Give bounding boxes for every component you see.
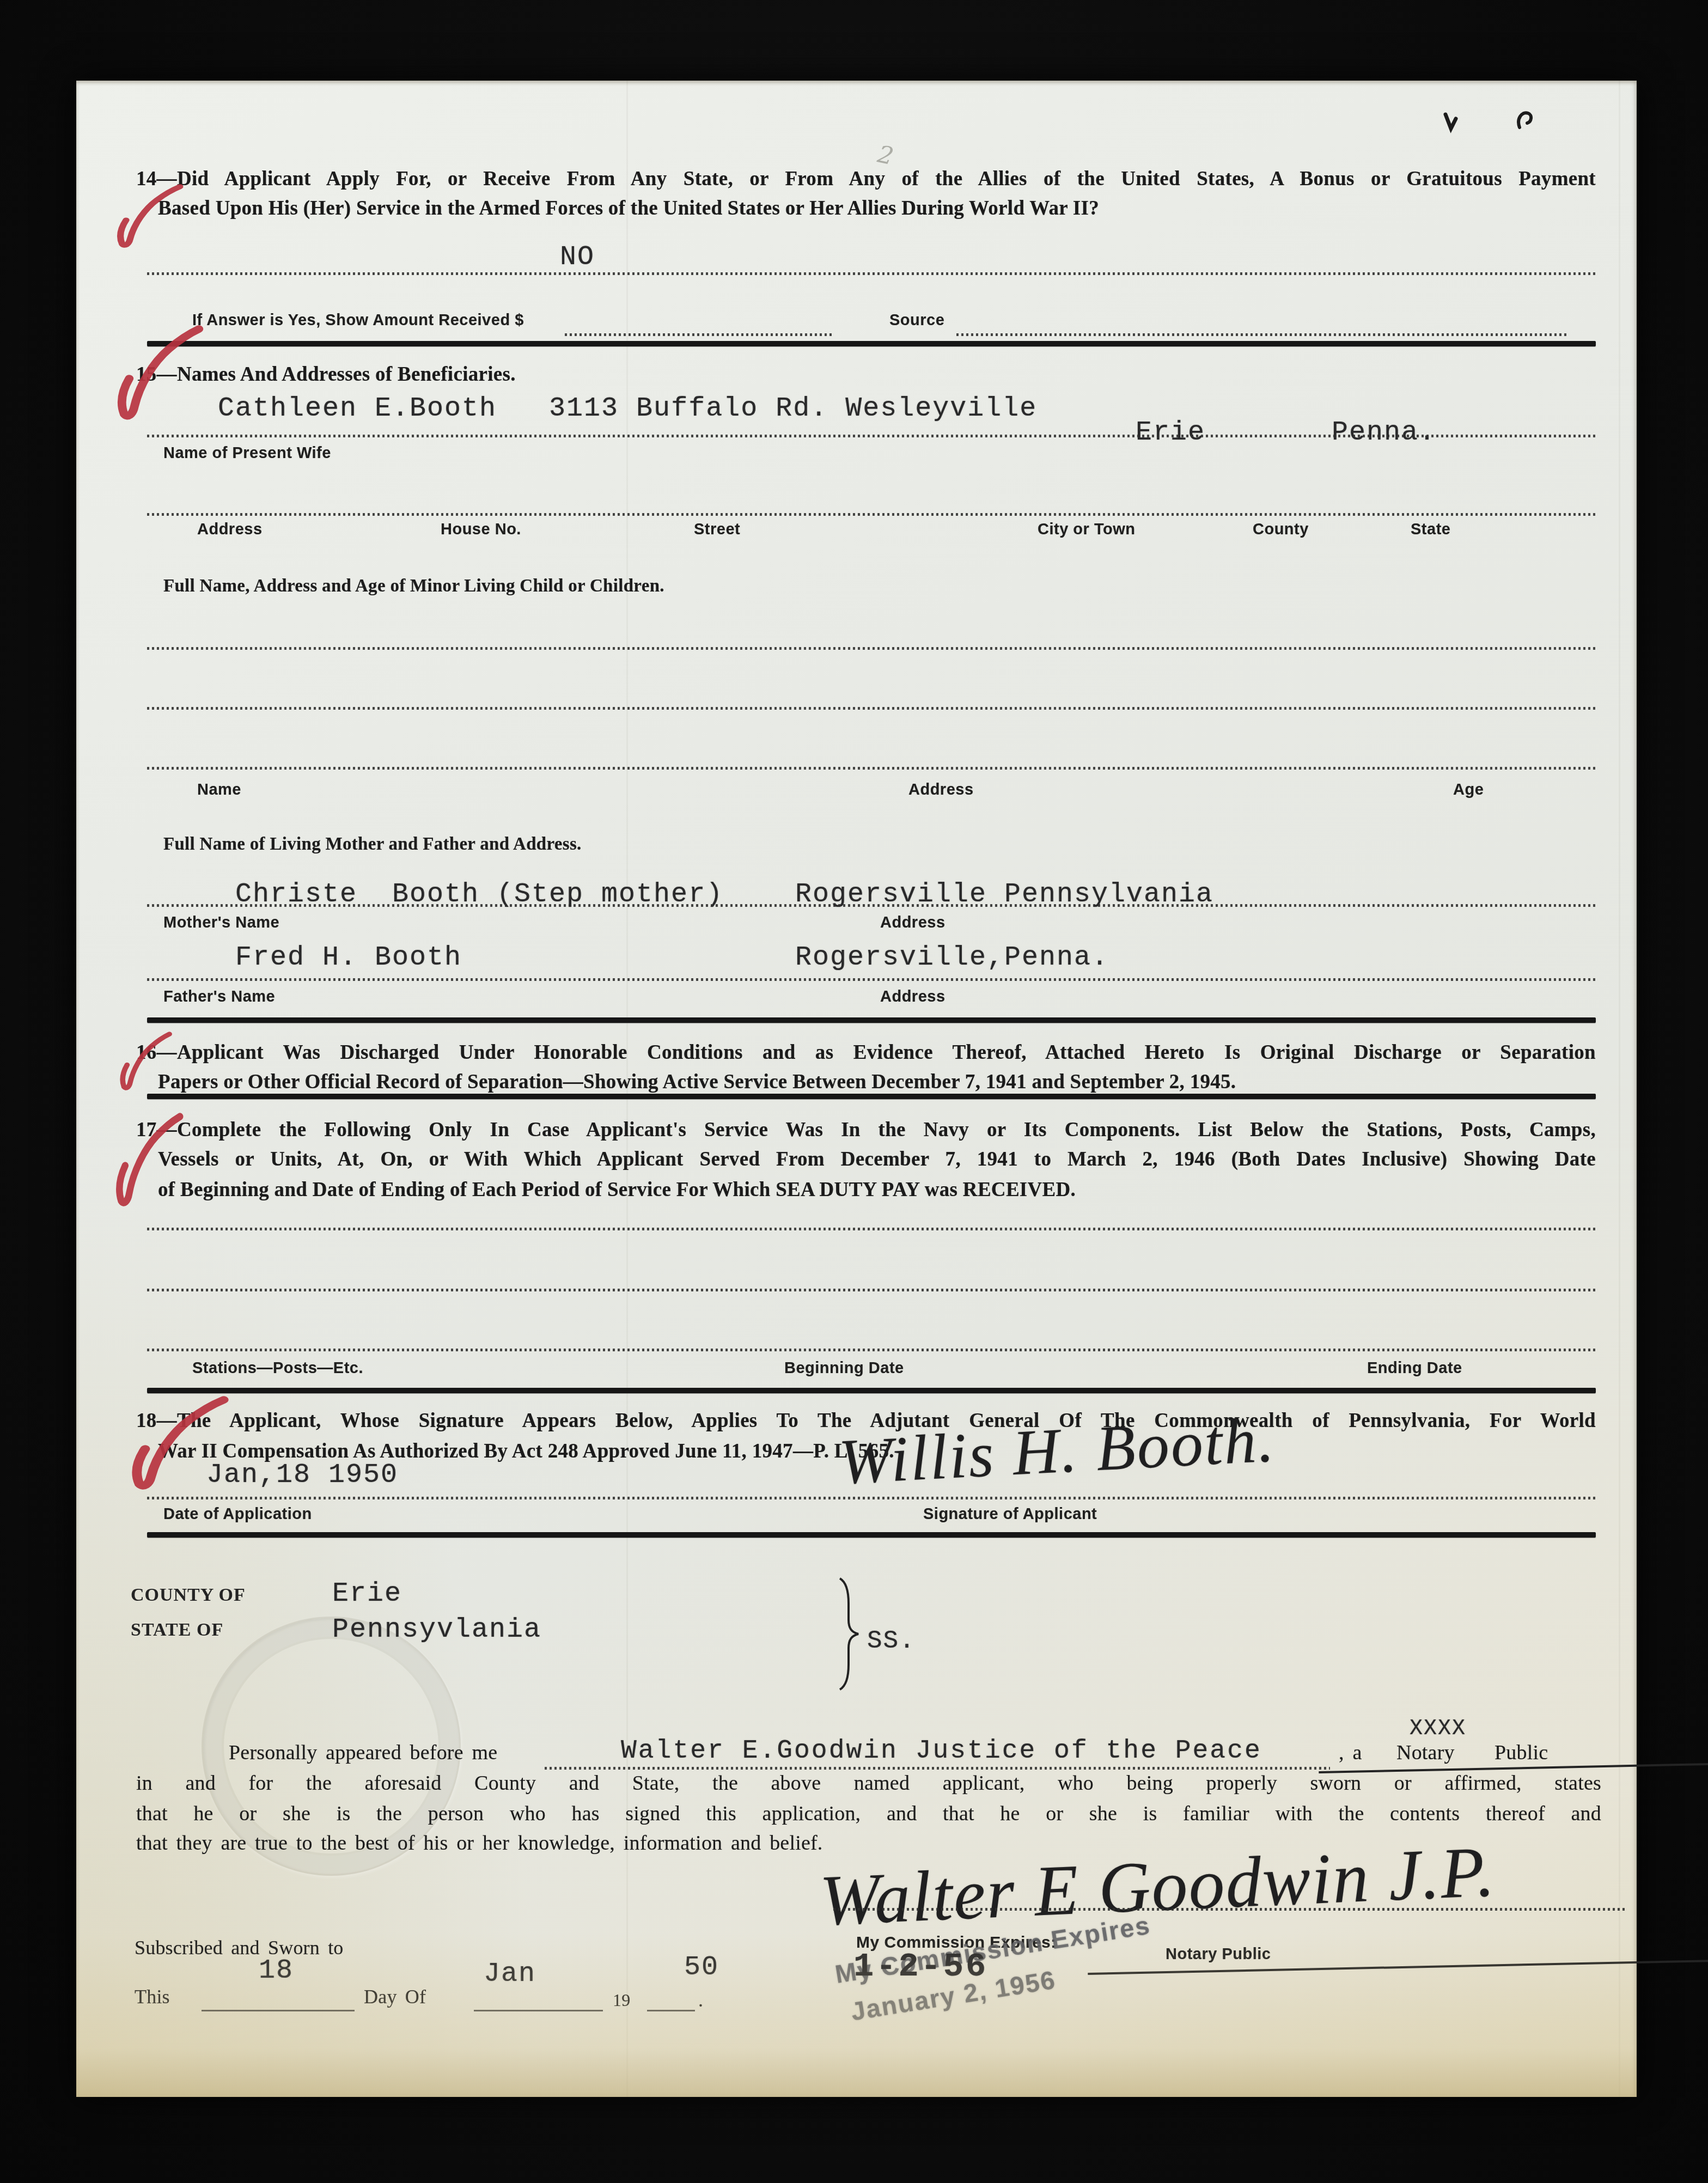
dotted-line	[147, 272, 1596, 275]
sworn-para-mid: , a	[1339, 1739, 1362, 1767]
notary-public-label: Notary Public	[1166, 1946, 1708, 1964]
q17-line1: 17—Complete the Following Only In Case A…	[136, 1117, 1596, 1144]
year-prefix-label: 19	[613, 1986, 630, 2014]
period-mark: .	[698, 1986, 703, 2014]
scanned-document: { "document": { "page_mark": "2", "q14":…	[0, 0, 1708, 2183]
date-of-application-label: Date of Application	[163, 1505, 312, 1523]
ss-brace	[838, 1577, 862, 1692]
child-col-address: Address	[908, 781, 974, 799]
ink-specks	[1438, 109, 1536, 136]
child-col-age: Age	[1453, 781, 1484, 799]
q14-answer-value: NO	[560, 243, 595, 272]
dotted-line	[147, 435, 1596, 437]
sworn-year-value: 50	[684, 1953, 719, 1983]
q15-wife-label: Name of Present Wife	[163, 444, 331, 462]
red-checkmark	[115, 327, 202, 430]
q17-line3: of Beginning and Date of Ending of Each …	[158, 1176, 1076, 1204]
signature-line	[147, 1497, 1596, 1499]
day-of-label: Day Of	[364, 1983, 426, 2011]
state-value: Pennsyvlania	[332, 1615, 541, 1645]
fill-in-line	[474, 2010, 603, 2011]
red-checkmark	[115, 185, 182, 255]
officiant-typed-value: Walter E.Goodwin Justice of the Peace	[621, 1736, 1262, 1766]
father-name-value: Fred H. Booth	[235, 943, 462, 973]
col-label-beginning-date: Beginning Date	[784, 1359, 904, 1377]
dotted-line	[147, 978, 1596, 981]
col-label-state: State	[1411, 521, 1450, 539]
sworn-para-line4: that they are true to the best of his or…	[136, 1829, 823, 1857]
subscribed-label: Subscribed and Sworn to	[135, 1934, 344, 1962]
county-value: Erie	[332, 1580, 402, 1609]
col-label-ending-date: Ending Date	[1367, 1359, 1462, 1377]
ss-label: SS.	[867, 1626, 916, 1656]
section-divider	[147, 1388, 1596, 1393]
q15-wife-entry: Cathleen E.Booth 3113 Buffalo Rd. Wesley…	[218, 394, 1037, 424]
commission-date-typed: 1-2-56	[853, 1952, 988, 1981]
section-divider	[147, 1094, 1596, 1099]
col-label-address: Address	[197, 521, 263, 539]
fill-in-line	[202, 2010, 355, 2011]
red-checkmark	[119, 1033, 171, 1097]
dotted-line	[147, 513, 1596, 516]
children-heading: Full Name, Address and Age of Minor Livi…	[163, 575, 664, 597]
col-label-street: Street	[694, 521, 740, 539]
col-label-house-no: House No.	[441, 521, 521, 539]
signature-line	[833, 1908, 1626, 1911]
dotted-line	[147, 904, 1596, 907]
mother-address-label: Address	[880, 914, 945, 932]
fill-in-line	[647, 2010, 695, 2011]
dotted-line	[147, 1289, 1596, 1291]
dotted-line	[147, 647, 1596, 650]
parents-heading: Full Name of Living Mother and Father an…	[163, 833, 582, 855]
q14-line2: Based Upon His (Her) Service in the Arme…	[158, 195, 1099, 222]
q16-line1: 16—Applicant Was Discharged Under Honora…	[136, 1039, 1596, 1066]
mother-name-label: Mother's Name	[163, 914, 279, 932]
sworn-para-pre: Personally appeared before me	[229, 1739, 497, 1767]
child-col-name: Name	[197, 781, 241, 799]
q16-line2: Papers or Other Official Record of Separ…	[158, 1069, 1236, 1096]
application-date-value: Jan,18 1950	[206, 1461, 398, 1490]
notary-signature: Walter E Goodwin J.P.	[818, 1830, 1497, 1942]
dotted-line	[956, 333, 1569, 336]
section-divider	[147, 1532, 1596, 1538]
paper-crease	[1619, 81, 1620, 2097]
q14-source-label: Source	[889, 312, 944, 330]
sworn-para-line3: that he or she is the person who has sig…	[136, 1800, 1601, 1828]
q17-line2: Vessels or Units, At, On, or With Which …	[158, 1146, 1596, 1173]
section-divider	[147, 1017, 1596, 1023]
q15-wife-county: Erie	[1136, 418, 1205, 448]
col-label-city: City or Town	[1038, 521, 1135, 539]
dotted-line	[147, 707, 1596, 710]
this-label: This	[135, 1983, 170, 2011]
sworn-para-post: Public	[1494, 1739, 1548, 1767]
dotted-line	[565, 333, 833, 336]
red-checkmark	[114, 1114, 182, 1217]
col-label-stations: Stations—Posts—Etc.	[192, 1359, 363, 1377]
state-of-label: STATE OF	[131, 1620, 223, 1641]
section-divider	[147, 341, 1596, 346]
signature-of-applicant-label: Signature of Applicant	[923, 1505, 1097, 1523]
dotted-line	[147, 767, 1596, 770]
father-address-label: Address	[880, 988, 945, 1006]
sworn-para-line2: in and for the aforesaid County and Stat…	[136, 1769, 1601, 1797]
dotted-line	[147, 1349, 1596, 1351]
col-label-county: County	[1253, 521, 1309, 539]
sworn-month-value: Jan	[484, 1960, 536, 1989]
father-address-value: Rogersville,Penna.	[795, 943, 1109, 973]
q15-wife-state: Penna.	[1332, 418, 1436, 448]
overtype-xxxx: XXXX	[1410, 1715, 1466, 1744]
county-of-label: COUNTY OF	[131, 1585, 246, 1606]
dotted-line	[147, 1228, 1596, 1230]
q14-line1: 14—Did Applicant Apply For, or Receive F…	[136, 166, 1596, 193]
document-page: 2 14—Did Applicant Apply For, or Receive…	[76, 81, 1637, 2097]
sworn-day-value: 18	[259, 1956, 294, 1986]
q14-amount-label: If Answer is Yes, Show Amount Received $	[192, 312, 524, 330]
father-name-label: Father's Name	[163, 988, 275, 1006]
